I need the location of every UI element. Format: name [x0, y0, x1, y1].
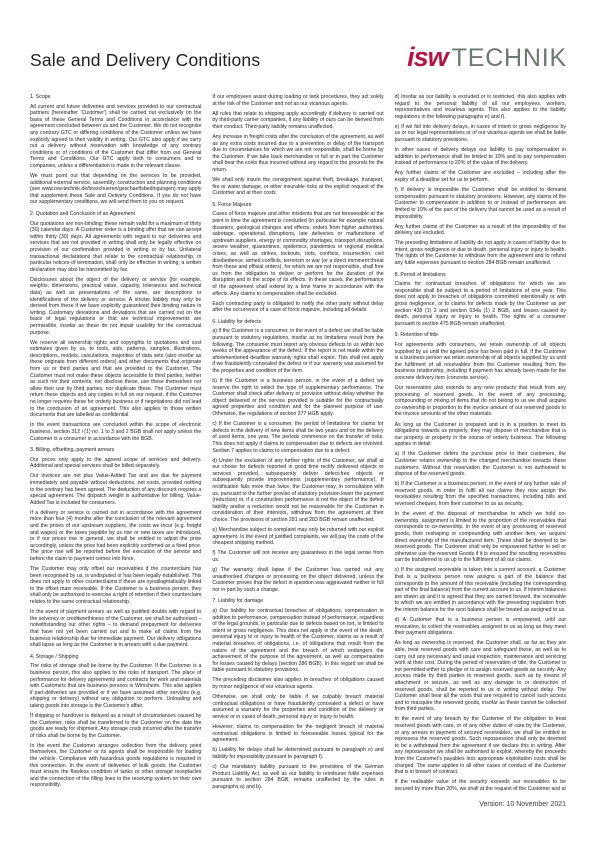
section-heading: 2. Quotation and Conclusion of an Agreem…	[30, 211, 201, 218]
paragraph: The risks of storage shall be borne by t…	[30, 663, 201, 709]
section-heading: 9. Retention of title	[395, 332, 566, 339]
paragraph: All rules that relate to shipping apply …	[212, 111, 383, 131]
section-heading: 8. Period of limitations	[395, 272, 566, 279]
paragraph: Claims for contractual breaches of oblig…	[395, 281, 566, 327]
paragraph: We must point out that depending on the …	[30, 173, 201, 206]
paragraph: d) Insofar as our liability is excluded …	[395, 94, 566, 120]
paragraph: As long as the Customer is prepared and …	[395, 422, 566, 448]
logo-technik-wordmark: TECHNIK	[452, 44, 567, 72]
paragraph: In the event transactions are concluded …	[30, 422, 201, 442]
paragraph: f) If delivery is impossible the Custome…	[395, 187, 566, 220]
paragraph: a) Our liability for contractual breache…	[212, 608, 383, 674]
section-heading: 6. Liability for defects	[212, 319, 383, 326]
paragraph: In other cases of delivery delays our li…	[395, 147, 566, 167]
section-heading: 1. Scope	[30, 94, 201, 101]
paragraph: If shipping or handover is delayed as a …	[30, 713, 201, 739]
terms-and-conditions-body: 1. ScopeAll current and future deliverie…	[30, 94, 566, 802]
paragraph: f) The Customer will not receive any gua…	[212, 550, 383, 563]
version-label: Version: 10 November 2021	[479, 801, 566, 808]
paragraph: Disclosures about the object of the deli…	[30, 277, 201, 336]
paragraph: As long as ownership is reserved, the Cu…	[395, 640, 566, 713]
paragraph: The preceding disclaimer also applies to…	[212, 677, 383, 690]
paragraph: Our reservation also extends to any new …	[395, 385, 566, 418]
paragraph: g) The warranty shall lapse if the Custo…	[212, 567, 383, 593]
paragraph: e) If we fall into delivery delays, in c…	[395, 124, 566, 144]
paragraph: Otherwise, we shall only be liable if we…	[212, 694, 383, 720]
paragraph: The preceding limitations of liability d…	[395, 240, 566, 266]
section-heading: 7. Liability for damage	[212, 598, 383, 605]
paragraph: Each contracting party is obligated to n…	[212, 301, 383, 314]
paragraph: b) If the Customer is a business person,…	[212, 378, 383, 418]
paragraph: e) Merchandise subject to complaint may …	[212, 527, 383, 547]
paragraph: Any further claims of the Customer are e…	[395, 170, 566, 183]
paragraph: If our employees assist during loading o…	[212, 94, 383, 107]
paragraph: Our prices only apply to the agreed scop…	[30, 457, 201, 470]
paragraph: In the event the Customer arranges colle…	[30, 743, 201, 789]
paragraph: However, claims to compensation for the …	[212, 724, 383, 744]
document-page: Sale and Delivery Conditions iswTECHNIK …	[0, 0, 595, 842]
section-heading: 5. Force Majeure	[212, 202, 383, 209]
page-title: Sale and Delivery Conditions	[30, 50, 260, 71]
paragraph: c) If the Customer is a consumer, the pe…	[212, 421, 383, 454]
paragraph: c) Our mandatory liability pursuant to t…	[212, 764, 383, 790]
paragraph: b) If the Customer is a business person,…	[395, 481, 566, 507]
paragraph: Any increase in freight costs after the …	[212, 134, 383, 174]
paragraph: Our quotations are non-binding; these re…	[30, 221, 201, 274]
paragraph: d) A Customer that is a business person …	[395, 617, 566, 637]
paragraph: Cases of force majeure and other inciden…	[212, 211, 383, 297]
section-heading: 4. Storage / Shipping	[30, 654, 201, 661]
paragraph: All current and future deliveries and se…	[30, 104, 201, 170]
paragraph: Our invoices are net plus Value-Added Ta…	[30, 473, 201, 506]
paragraph: b) Liability for delays shall be determi…	[212, 747, 383, 760]
paragraph: For agreements with consumers, we retain…	[395, 342, 566, 382]
section-heading: 3. Billing, offsetting, payment arrears	[30, 447, 201, 454]
paragraph: c) If the assigned receivable is taken i…	[395, 567, 566, 613]
paragraph: If a delivery or service is carried out …	[30, 510, 201, 563]
company-logo: iswTECHNIK	[407, 44, 567, 71]
logo-isw-wordmark: isw	[407, 42, 448, 72]
paragraph: d) Under the exclusion of any further ri…	[212, 458, 383, 524]
paragraph: In the event of any breach by the Custom…	[395, 716, 566, 775]
paragraph: a) If the Customer is a consumer, in the…	[212, 328, 383, 374]
paragraph: In the event of the disposal of merchand…	[395, 511, 566, 564]
paragraph: We shall only insure the consignment aga…	[212, 177, 383, 197]
paragraph: a) If the Customer defers the purchase p…	[395, 451, 566, 477]
paragraph: Any further claims of the Customer as a …	[395, 224, 566, 237]
paragraph: In the event of payment arrears as well …	[30, 609, 201, 649]
paragraph: The Customer may only offset our receiva…	[30, 566, 201, 606]
paragraph: We reserve all ownership rights and copy…	[30, 340, 201, 419]
